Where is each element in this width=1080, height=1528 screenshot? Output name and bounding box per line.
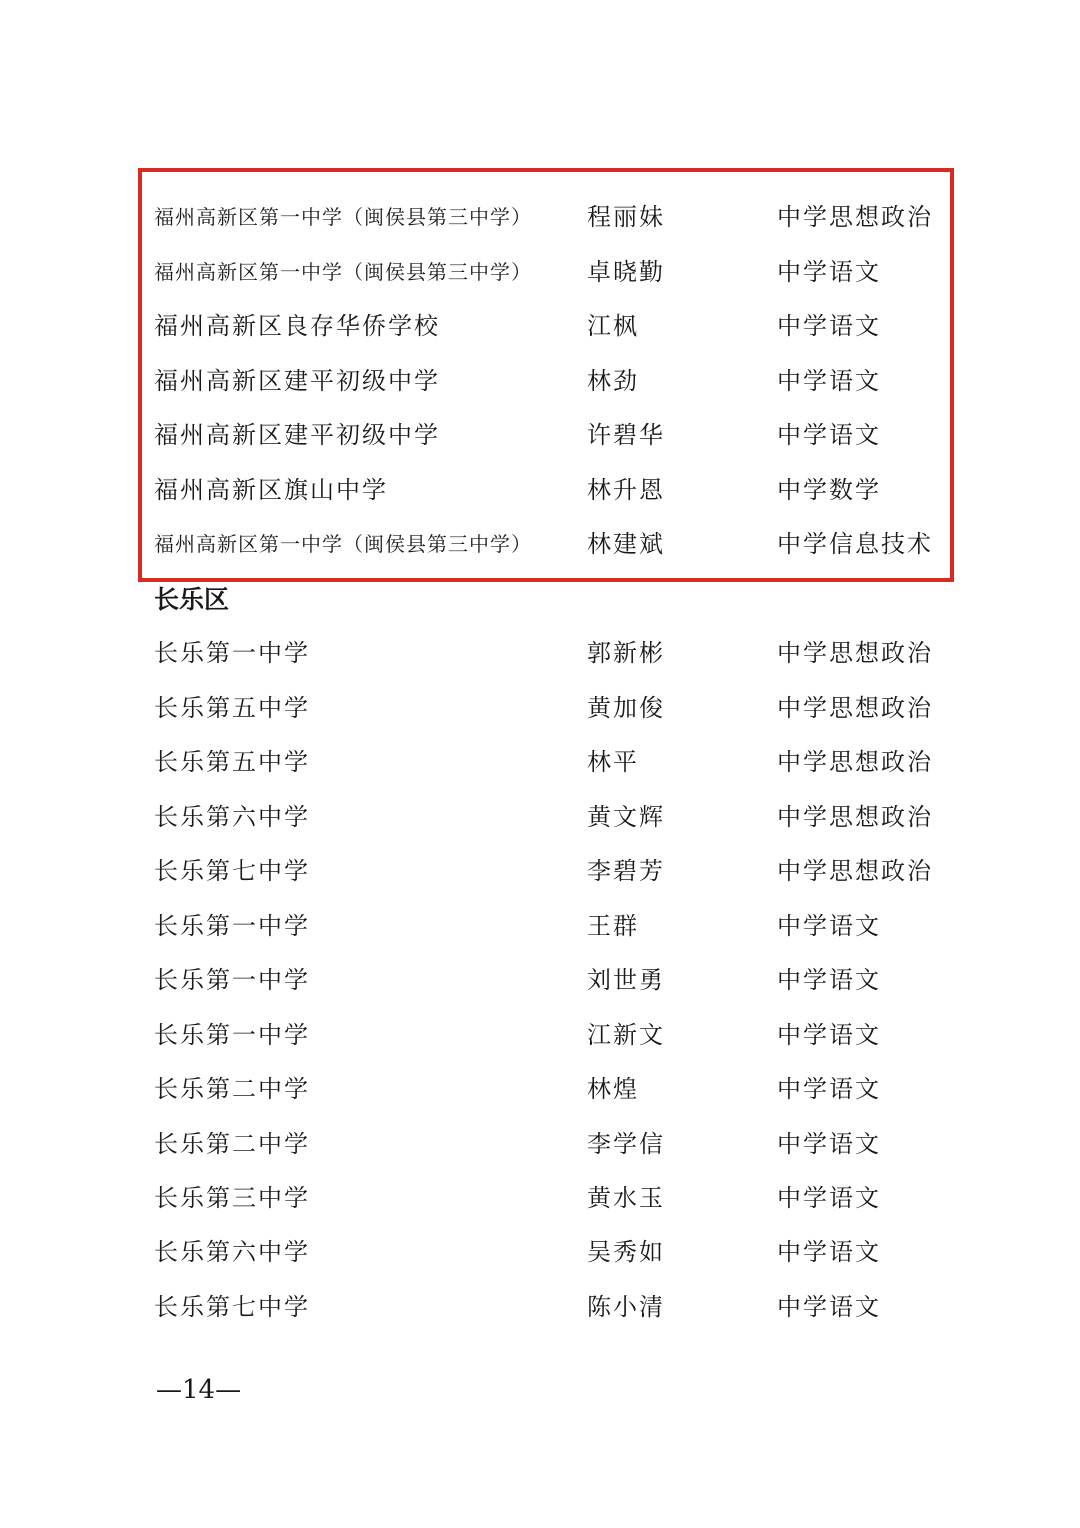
teacher-name-cell: 江枫	[587, 306, 639, 346]
section-heading-changle: 长乐区	[154, 582, 229, 618]
school-cell: 福州高新区第一中学（闽侯县第三中学）	[154, 524, 532, 564]
teacher-name-cell: 许碧华	[587, 415, 665, 455]
subject-cell: 中学语文	[777, 361, 881, 401]
school-cell: 福州高新区建平初级中学	[154, 415, 440, 455]
subject-cell: 中学语文	[777, 1232, 881, 1272]
teacher-name-cell: 林升恩	[587, 470, 665, 510]
teacher-name-cell: 黄水玉	[587, 1178, 665, 1218]
teacher-name-cell: 李碧芳	[587, 851, 665, 891]
subject-cell: 中学语文	[777, 960, 881, 1000]
table-row: 福州高新区第一中学（闽侯县第三中学） 林建斌 中学信息技术	[0, 524, 1080, 564]
school-cell: 福州高新区第一中学（闽侯县第三中学）	[154, 252, 532, 292]
table-row: 福州高新区建平初级中学 许碧华 中学语文	[0, 415, 1080, 455]
table-row: 长乐第一中学 王群 中学语文	[0, 906, 1080, 946]
subject-cell: 中学语文	[777, 306, 881, 346]
table-row: 福州高新区建平初级中学 林劲 中学语文	[0, 361, 1080, 401]
school-cell: 长乐第一中学	[154, 1015, 310, 1055]
teacher-name-cell: 林煌	[587, 1069, 639, 1109]
teacher-name-cell: 程丽妹	[587, 197, 665, 237]
teacher-name-cell: 郭新彬	[587, 633, 665, 673]
teacher-name-cell: 林建斌	[587, 524, 665, 564]
school-cell: 福州高新区旗山中学	[154, 470, 388, 510]
teacher-name-cell: 林劲	[587, 361, 639, 401]
table-row: 长乐第一中学 郭新彬 中学思想政治	[0, 633, 1080, 673]
teacher-name-cell: 李学信	[587, 1124, 665, 1164]
table-row: 长乐第六中学 黄文辉 中学思想政治	[0, 797, 1080, 837]
school-cell: 长乐第三中学	[154, 1178, 310, 1218]
teacher-name-cell: 刘世勇	[587, 960, 665, 1000]
teacher-name-cell: 林平	[587, 742, 639, 782]
subject-cell: 中学思想政治	[777, 688, 933, 728]
school-cell: 福州高新区第一中学（闽侯县第三中学）	[154, 197, 532, 237]
table-row: 福州高新区第一中学（闽侯县第三中学） 卓晓勤 中学语文	[0, 252, 1080, 292]
subject-cell: 中学语文	[777, 1069, 881, 1109]
school-cell: 福州高新区良存华侨学校	[154, 306, 440, 346]
school-cell: 长乐第二中学	[154, 1069, 310, 1109]
subject-cell: 中学思想政治	[777, 851, 933, 891]
teacher-name-cell: 黄加俊	[587, 688, 665, 728]
table-row: 长乐第五中学 林平 中学思想政治	[0, 742, 1080, 782]
table-row: 长乐第一中学 江新文 中学语文	[0, 1015, 1080, 1055]
subject-cell: 中学思想政治	[777, 633, 933, 673]
teacher-name-cell: 王群	[587, 906, 639, 946]
subject-cell: 中学语文	[777, 906, 881, 946]
table-row: 福州高新区良存华侨学校 江枫 中学语文	[0, 306, 1080, 346]
subject-cell: 中学数学	[777, 470, 881, 510]
teacher-name-cell: 陈小清	[587, 1287, 665, 1327]
teacher-name-cell: 黄文辉	[587, 797, 665, 837]
school-cell: 福州高新区建平初级中学	[154, 361, 440, 401]
teacher-name-cell: 卓晓勤	[587, 252, 665, 292]
table-row: 长乐第七中学 李碧芳 中学思想政治	[0, 851, 1080, 891]
page-number: —14—	[156, 1372, 241, 1408]
teacher-name-cell: 吴秀如	[587, 1232, 665, 1272]
table-row: 长乐第五中学 黄加俊 中学思想政治	[0, 688, 1080, 728]
subject-cell: 中学语文	[777, 1015, 881, 1055]
table-row: 长乐第二中学 李学信 中学语文	[0, 1124, 1080, 1164]
table-row: 长乐第七中学 陈小清 中学语文	[0, 1287, 1080, 1327]
subject-cell: 中学信息技术	[777, 524, 933, 564]
school-cell: 长乐第五中学	[154, 742, 310, 782]
subject-cell: 中学语文	[777, 252, 881, 292]
school-cell: 长乐第七中学	[154, 1287, 310, 1327]
subject-cell: 中学语文	[777, 1124, 881, 1164]
school-cell: 长乐第一中学	[154, 906, 310, 946]
subject-cell: 中学思想政治	[777, 742, 933, 782]
table-row: 长乐第六中学 吴秀如 中学语文	[0, 1232, 1080, 1272]
school-cell: 长乐第七中学	[154, 851, 310, 891]
table-row: 福州高新区第一中学（闽侯县第三中学） 程丽妹 中学思想政治	[0, 197, 1080, 237]
subject-cell: 中学语文	[777, 1287, 881, 1327]
school-cell: 长乐第一中学	[154, 633, 310, 673]
subject-cell: 中学思想政治	[777, 197, 933, 237]
table-row: 福州高新区旗山中学 林升恩 中学数学	[0, 470, 1080, 510]
school-cell: 长乐第五中学	[154, 688, 310, 728]
teacher-name-cell: 江新文	[587, 1015, 665, 1055]
table-row: 长乐第三中学 黄水玉 中学语文	[0, 1178, 1080, 1218]
school-cell: 长乐第六中学	[154, 1232, 310, 1272]
table-row: 长乐第一中学 刘世勇 中学语文	[0, 960, 1080, 1000]
subject-cell: 中学语文	[777, 1178, 881, 1218]
subject-cell: 中学语文	[777, 415, 881, 455]
subject-cell: 中学思想政治	[777, 797, 933, 837]
school-cell: 长乐第一中学	[154, 960, 310, 1000]
school-cell: 长乐第六中学	[154, 797, 310, 837]
table-row: 长乐第二中学 林煌 中学语文	[0, 1069, 1080, 1109]
school-cell: 长乐第二中学	[154, 1124, 310, 1164]
